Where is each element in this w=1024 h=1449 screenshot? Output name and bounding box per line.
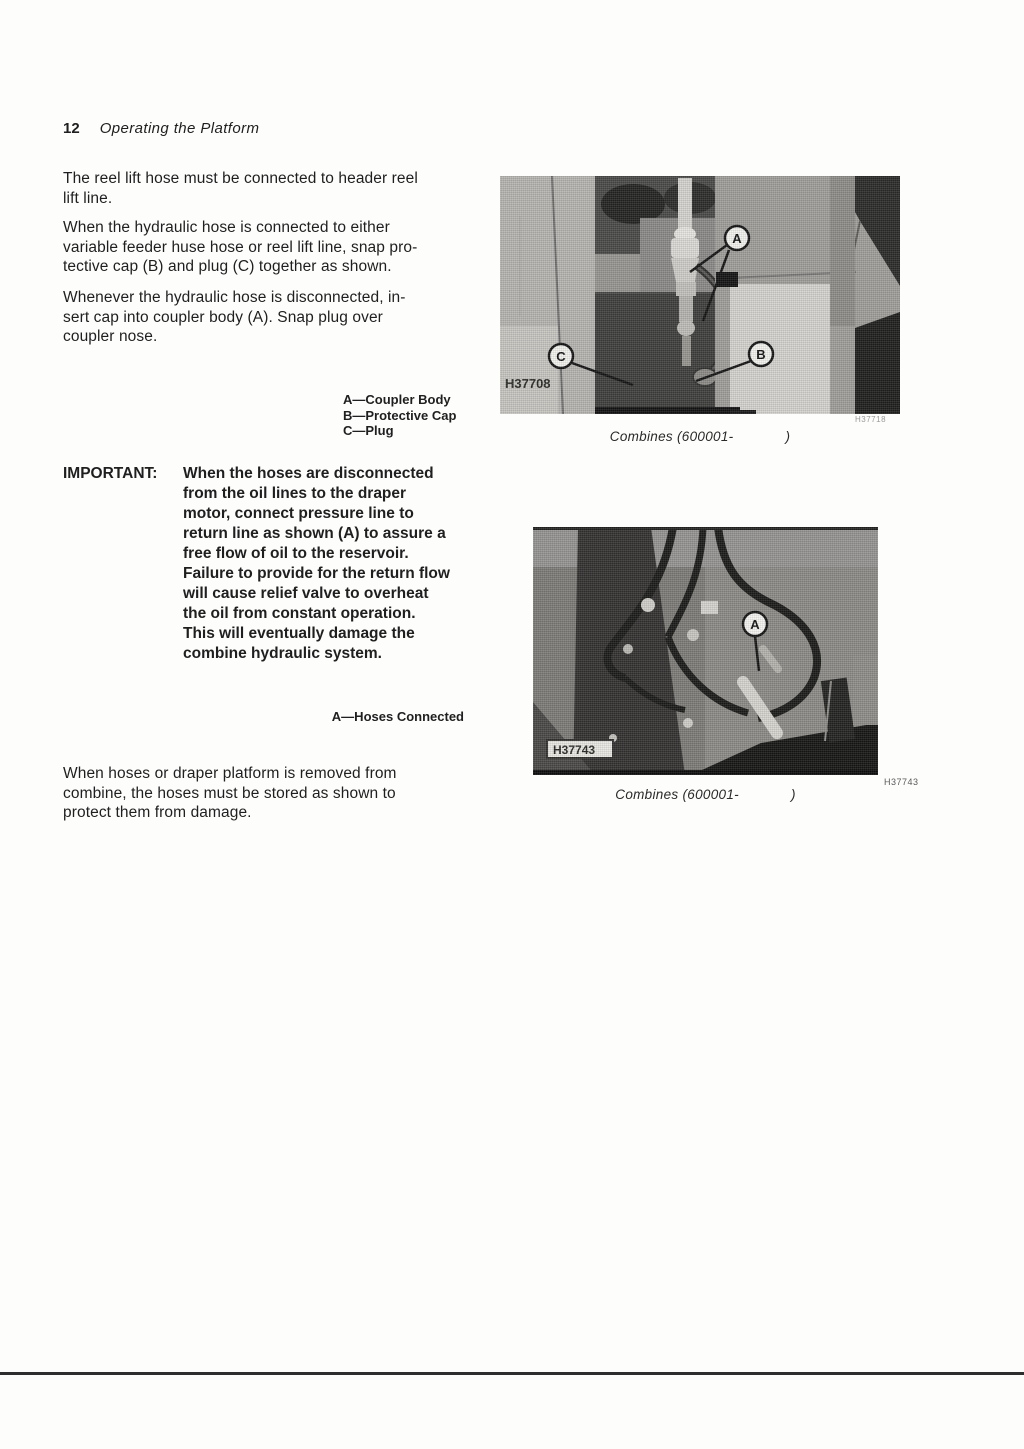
svg-text:B: B [756,347,765,362]
figure1-legend: A—Coupler Body B—Protective Cap C—Plug [343,392,456,439]
figure2-caption: Combines (600001-) [533,787,878,802]
important-label: IMPORTANT: [63,464,157,484]
figure1-ref-code: H37718 [855,415,886,424]
figure2-photo: A H37743 [533,527,878,775]
figure2-stamp: H37743 [547,740,613,758]
figure1-caption: Combines (600001-) [500,429,900,444]
section-title: Operating the Platform [100,120,260,137]
svg-text:A: A [750,617,760,632]
figure1-photo: A B C H37708 [500,176,900,414]
svg-text:A: A [732,231,742,246]
svg-text:H37743: H37743 [553,743,595,757]
manual-page: 12Operating the Platform The reel lift h… [0,0,1024,1449]
callout-a-icon: A [743,612,767,636]
page-bottom-rule [0,1372,1024,1375]
page-header: 12Operating the Platform [63,120,259,137]
important-notice: IMPORTANT: When the hoses are disconnect… [63,464,465,664]
paragraph-hose-disconnected: Whenever the hydraulic hose is disconnec… [63,288,467,347]
figure2-ref-code: H37743 [884,777,919,787]
paragraph-store-hoses: When hoses or draper platform is removed… [63,764,467,823]
figure1-stamp: H37708 [505,376,551,391]
callout-a-icon: A [725,226,749,250]
callout-c-icon: C [549,344,573,368]
callout-b-icon: B [749,342,773,366]
svg-text:C: C [556,349,566,364]
paragraph-hose-connected: When the hydraulic hose is connected to … [63,218,467,277]
important-text: When the hoses are disconnected from the… [183,464,465,664]
paragraph-reel-lift-hose: The reel lift hose must be connected to … [63,169,467,208]
page-number: 12 [63,120,80,137]
figure2-legend: A—Hoses Connected [63,709,464,724]
